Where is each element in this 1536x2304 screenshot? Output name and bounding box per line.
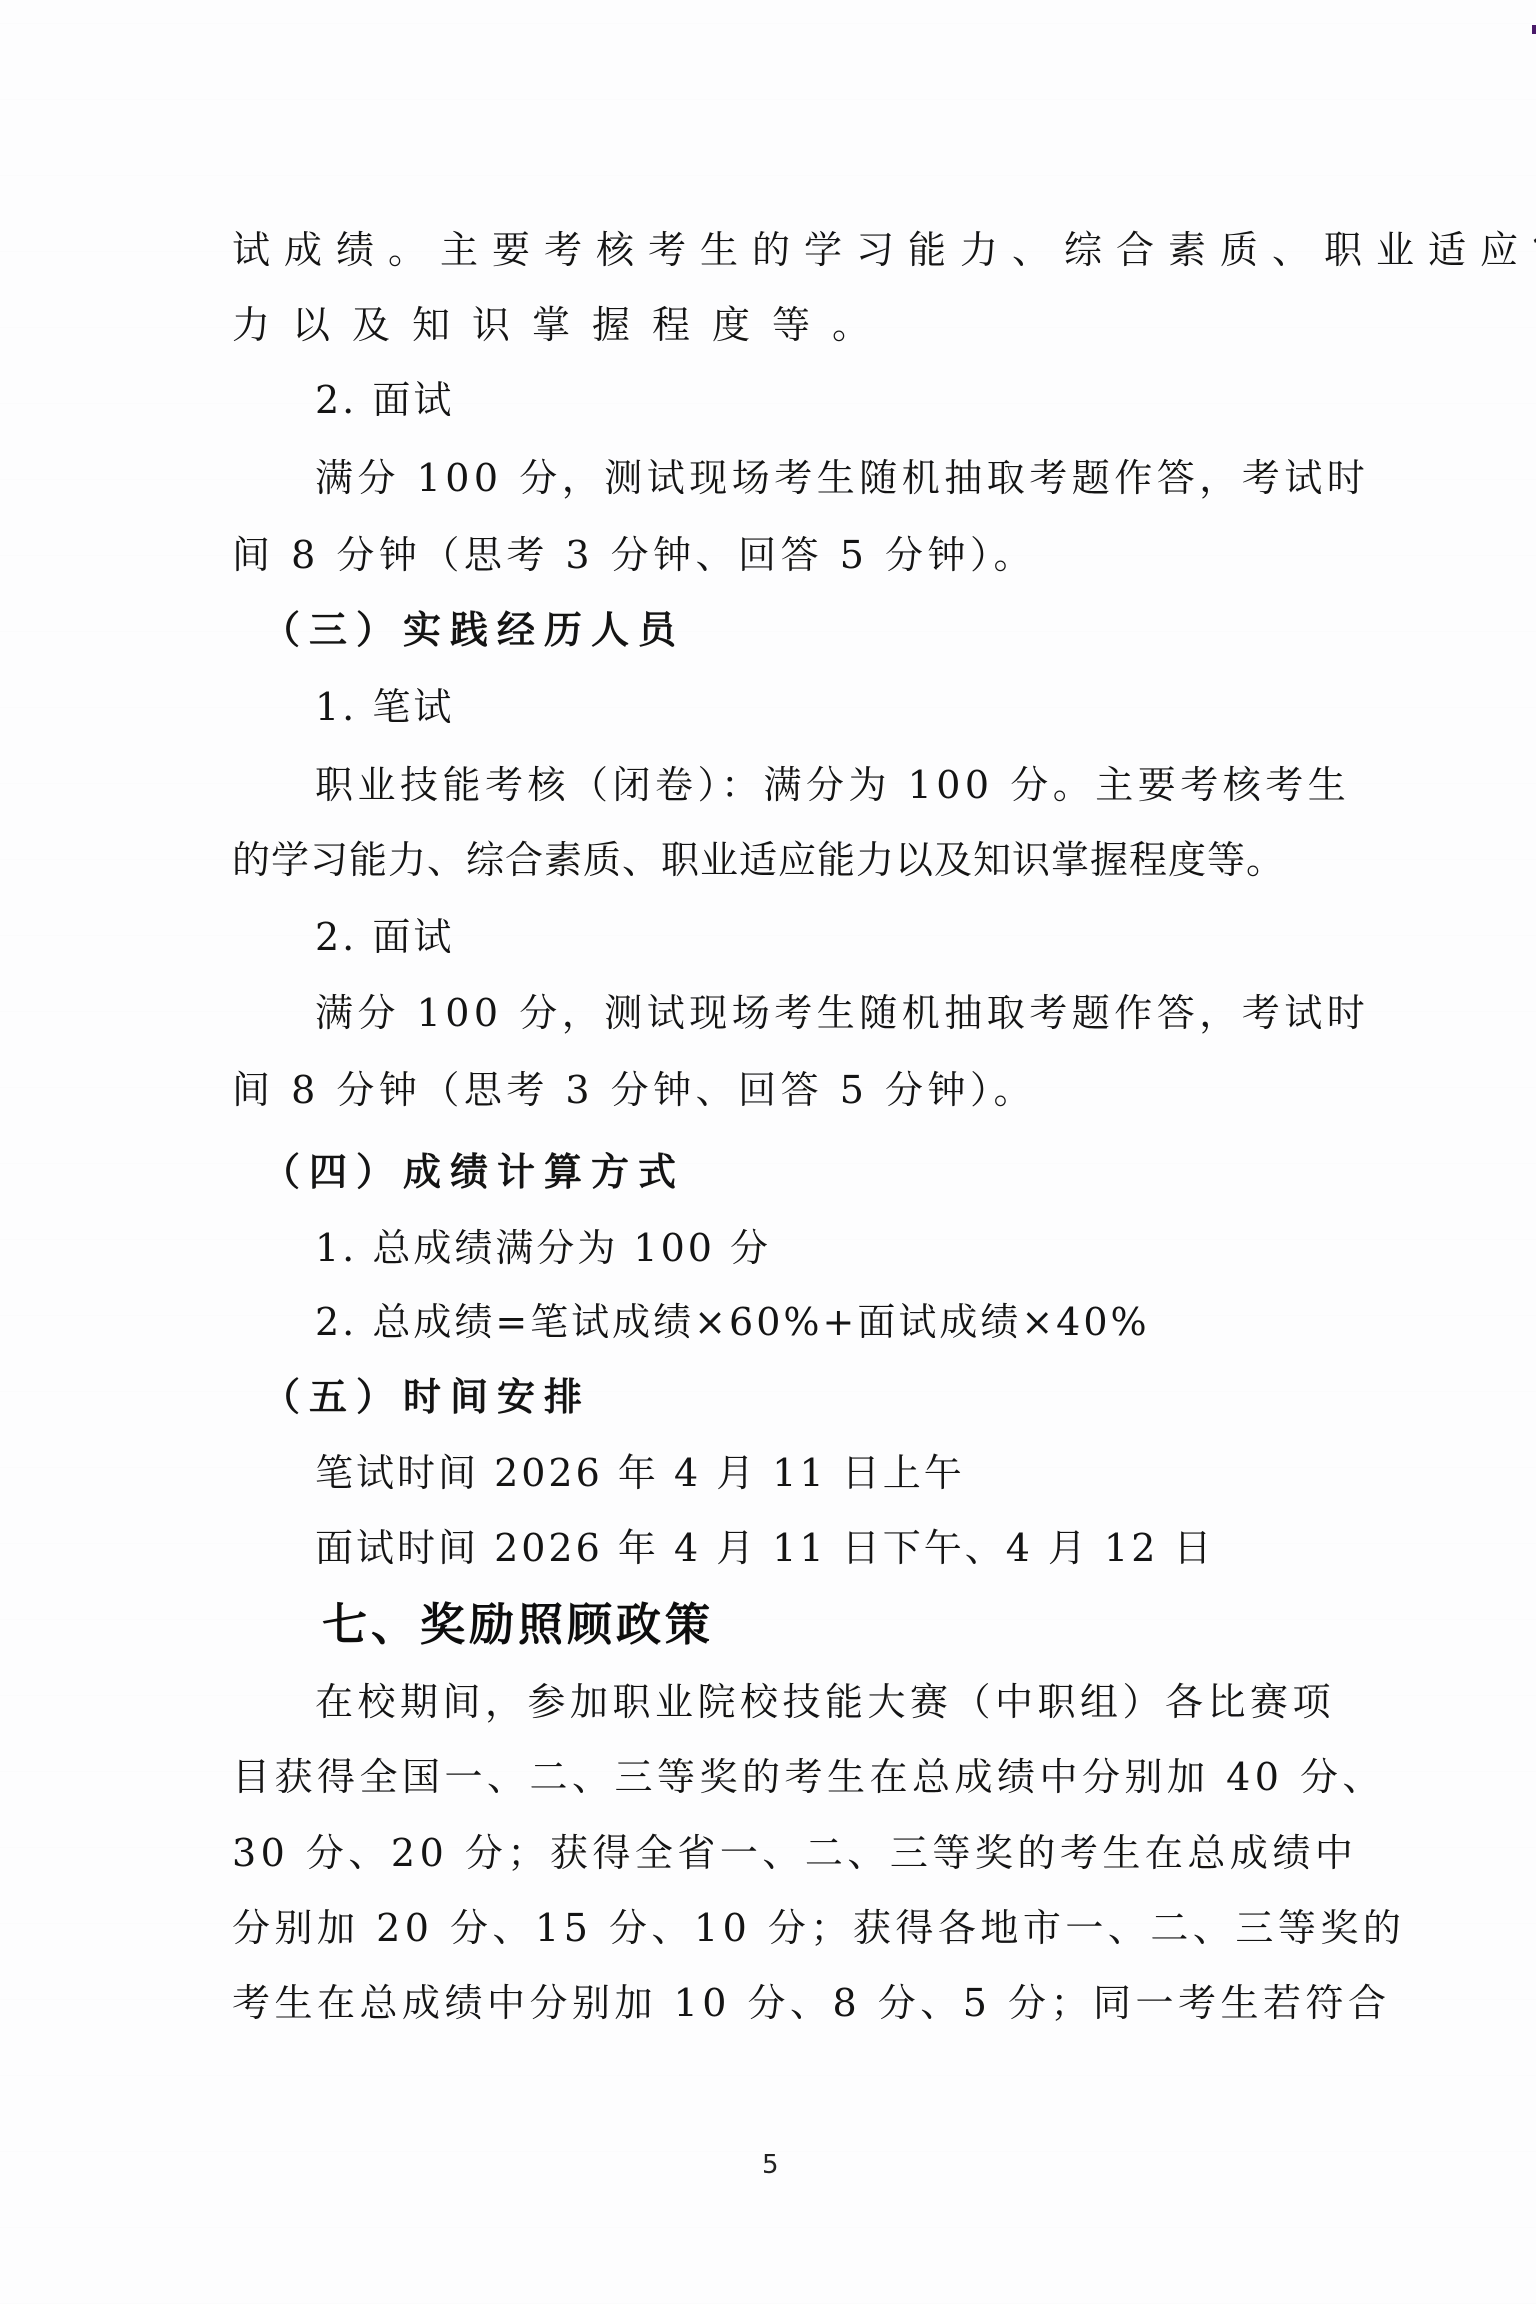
interview-label: 2. 面试 bbox=[315, 915, 1305, 959]
paragraph-line: 目获得全国一、二、三等奖的考生在总成绩中分别加 40 分、 bbox=[232, 1755, 1304, 1799]
interview-time: 面试时间 2026 年 4 月 11 日下午、4 月 12 日 bbox=[315, 1526, 1305, 1570]
paragraph-line: 试成绩。主要考核考生的学习能力、综合素质、职业适应能 bbox=[232, 228, 1304, 272]
paragraph-line: 间 8 分钟（思考 3 分钟、回答 5 分钟）。 bbox=[232, 1068, 1304, 1112]
written-label: 1. 笔试 bbox=[315, 685, 1305, 729]
paragraph-line: 间 8 分钟（思考 3 分钟、回答 5 分钟）。 bbox=[232, 533, 1304, 577]
section-4-heading: （四）成绩计算方式 bbox=[262, 1150, 1334, 1194]
page-number: 5 bbox=[762, 2150, 779, 2180]
chapter-7-heading: 七、奖励照顾政策 bbox=[322, 1599, 1394, 1651]
paragraph-line: 分别加 20 分、15 分、10 分；获得各地市一、二、三等奖的 bbox=[232, 1906, 1304, 1950]
paragraph-line: 职业技能考核（闭卷）：满分为 100 分。主要考核考生 bbox=[315, 763, 1305, 807]
paragraph-line: 的学习能力、综合素质、职业适应能力以及知识掌握程度等。 bbox=[232, 838, 1304, 882]
section-3-heading: （三）实践经历人员 bbox=[262, 608, 1334, 652]
paragraph-line: 力以及知识掌握程度等。 bbox=[232, 303, 1304, 347]
document-page: 试成绩。主要考核考生的学习能力、综合素质、职业适应能 力以及知识掌握程度等。 2… bbox=[0, 0, 1536, 2304]
scan-edge-mark bbox=[1532, 25, 1536, 34]
paragraph-line: 考生在总成绩中分别加 10 分、8 分、5 分；同一考生若符合 bbox=[232, 1981, 1304, 2025]
score-rule: 1. 总成绩满分为 100 分 bbox=[315, 1226, 1305, 1270]
written-time: 笔试时间 2026 年 4 月 11 日上午 bbox=[315, 1451, 1305, 1495]
paragraph-line: 30 分、20 分；获得全省一、二、三等奖的考生在总成绩中 bbox=[232, 1831, 1304, 1875]
interview-label: 2. 面试 bbox=[315, 378, 1305, 422]
score-rule: 2. 总成绩=笔试成绩×60%+面试成绩×40% bbox=[315, 1300, 1305, 1344]
paragraph-line: 满分 100 分，测试现场考生随机抽取考题作答，考试时 bbox=[315, 991, 1305, 1035]
section-5-heading: （五）时间安排 bbox=[262, 1375, 1334, 1419]
paragraph-line: 满分 100 分，测试现场考生随机抽取考题作答，考试时 bbox=[315, 456, 1305, 500]
paragraph-line: 在校期间，参加职业院校技能大赛（中职组）各比赛项 bbox=[315, 1680, 1305, 1724]
